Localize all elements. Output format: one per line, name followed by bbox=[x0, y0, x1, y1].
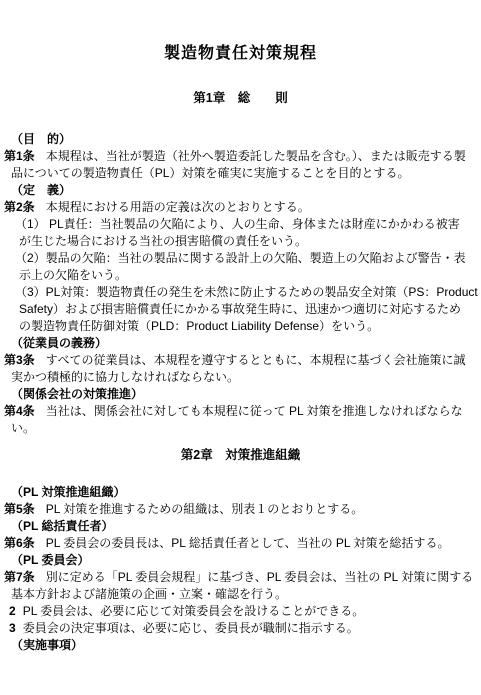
article-3-continuation: 実かつ積極的に協力しなければならない。 bbox=[0, 369, 481, 386]
definition-item-1-continuation: が生じた場合における当社の損害賠償の責任をいう。 bbox=[0, 233, 481, 250]
article-number: 第4条 bbox=[4, 404, 35, 418]
article-number: 第6条 bbox=[4, 536, 35, 550]
article-1: 第1条本規程は、当社が製造（社外へ製造委託した製品を含む。）、または販売する製 bbox=[0, 148, 481, 165]
section-heading-affiliates: （関係会社の対策推進） bbox=[0, 386, 481, 403]
line-text: 委員会の決定事項は、必要に応じ、委員長が職制に指示する。 bbox=[23, 621, 359, 635]
article-4: 第4条当社は、関係会社に対しても本規程に従って PL 対策を推進しなければならな bbox=[0, 403, 481, 420]
definition-item-2-continuation: 示上の欠陥をいう。 bbox=[0, 267, 481, 284]
definition-item-3-continuation-1: Safety）および損害賠償責任にかかる事故発生時に、迅速かつ適切に対応するため bbox=[0, 301, 481, 318]
chapter-1-heading: 第1章 総 則 bbox=[0, 92, 481, 105]
definition-item-2: （2）製品の欠陥：当社の製品に関する設計上の欠陥、製造上の欠陥および警告・表 bbox=[0, 250, 481, 267]
definition-item-3-continuation-2: の製造物責任防御対策（PLD：Product Liability Defense… bbox=[0, 318, 481, 335]
article-1-continuation: 品についての製造物責任（PL）対策を確実に実施することを目的とする。 bbox=[0, 165, 481, 182]
section-heading-implementation: （実施事項） bbox=[0, 637, 481, 654]
article-number: 第1条 bbox=[4, 149, 35, 163]
definition-item-1: （1） PL責任：当社製品の欠陥により、人の生命、身体または財産にかかわる被害 bbox=[0, 216, 481, 233]
article-7: 第7条別に定める「PL 委員会規程」に基づき、PL 委員会は、当社の PL 対策… bbox=[0, 569, 481, 586]
article-6: 第6条PL 委員会の委員長は、PL 総括責任者として、当社の PL 対策を総括す… bbox=[0, 535, 481, 552]
paragraph-number: 2 bbox=[9, 604, 16, 618]
article-3: 第3条すべての従業員は、本規程を遵守するとともに、本規程に基づく会社施策に誠 bbox=[0, 352, 481, 369]
article-number: 第3条 bbox=[4, 353, 35, 367]
document-body: （目 的）第1条本規程は、当社が製造（社外へ製造委託した製品を含む。）、または販… bbox=[0, 131, 481, 654]
article-number: 第5条 bbox=[4, 502, 35, 516]
line-text: 本規程における用語の定義は次のとおりとする。 bbox=[46, 200, 310, 214]
article-4-continuation: い。 bbox=[0, 420, 481, 437]
article-7-continuation: 基本方針および諸施策の企画・立案・確認を行う。 bbox=[0, 586, 481, 603]
chapter-2-heading: 第2章 対策推進組織 bbox=[0, 447, 481, 464]
article-number: 第7条 bbox=[4, 570, 35, 584]
line-text: PL 委員会の委員長は、PL 総括責任者として、当社の PL 対策を総括する。 bbox=[46, 536, 450, 550]
definition-item-3: （3）PL対策：製造物責任の発生を未然に防止するための製品安全対策（PS：Pro… bbox=[0, 284, 481, 301]
article-7-paragraph-3: 3委員会の決定事項は、必要に応じ、委員長が職制に指示する。 bbox=[0, 620, 481, 637]
section-heading-pl-committee: （PL 委員会） bbox=[0, 552, 481, 569]
line-text: PL 委員会は、必要に応じて対策委員会を設けることができる。 bbox=[23, 604, 365, 618]
line-text: 当社は、関係会社に対しても本規程に従って PL 対策を推進しなければならな bbox=[46, 404, 463, 418]
document-page: 製造物責任対策規程 第1章 総 則 （目 的）第1条本規程は、当社が製造（社外へ… bbox=[0, 0, 481, 695]
line-text: PL 対策を推進するための組織は、別表１のとおりとする。 bbox=[46, 502, 364, 516]
paragraph-number: 3 bbox=[9, 621, 16, 635]
article-5: 第5条PL 対策を推進するための組織は、別表１のとおりとする。 bbox=[0, 501, 481, 518]
article-2: 第2条本規程における用語の定義は次のとおりとする。 bbox=[0, 199, 481, 216]
article-number: 第2条 bbox=[4, 200, 35, 214]
section-heading-employee-duty: （従業員の義務） bbox=[0, 335, 481, 352]
section-heading-purpose: （目 的） bbox=[0, 131, 481, 148]
section-heading-definitions: （定 義） bbox=[0, 182, 481, 199]
article-7-paragraph-2: 2PL 委員会は、必要に応じて対策委員会を設けることができる。 bbox=[0, 603, 481, 620]
section-heading-pl-organization: （PL 対策推進組織） bbox=[0, 484, 481, 501]
line-text: 本規程は、当社が製造（社外へ製造委託した製品を含む。）、または販売する製 bbox=[46, 149, 466, 163]
line-text: 別に定める「PL 委員会規程」に基づき、PL 委員会は、当社の PL 対策に関す… bbox=[46, 570, 474, 584]
document-title: 製造物責任対策規程 bbox=[0, 44, 481, 63]
section-heading-pl-chief: （PL 総括責任者） bbox=[0, 518, 481, 535]
line-text: すべての従業員は、本規程を遵守するとともに、本規程に基づく会社施策に誠 bbox=[46, 353, 466, 367]
